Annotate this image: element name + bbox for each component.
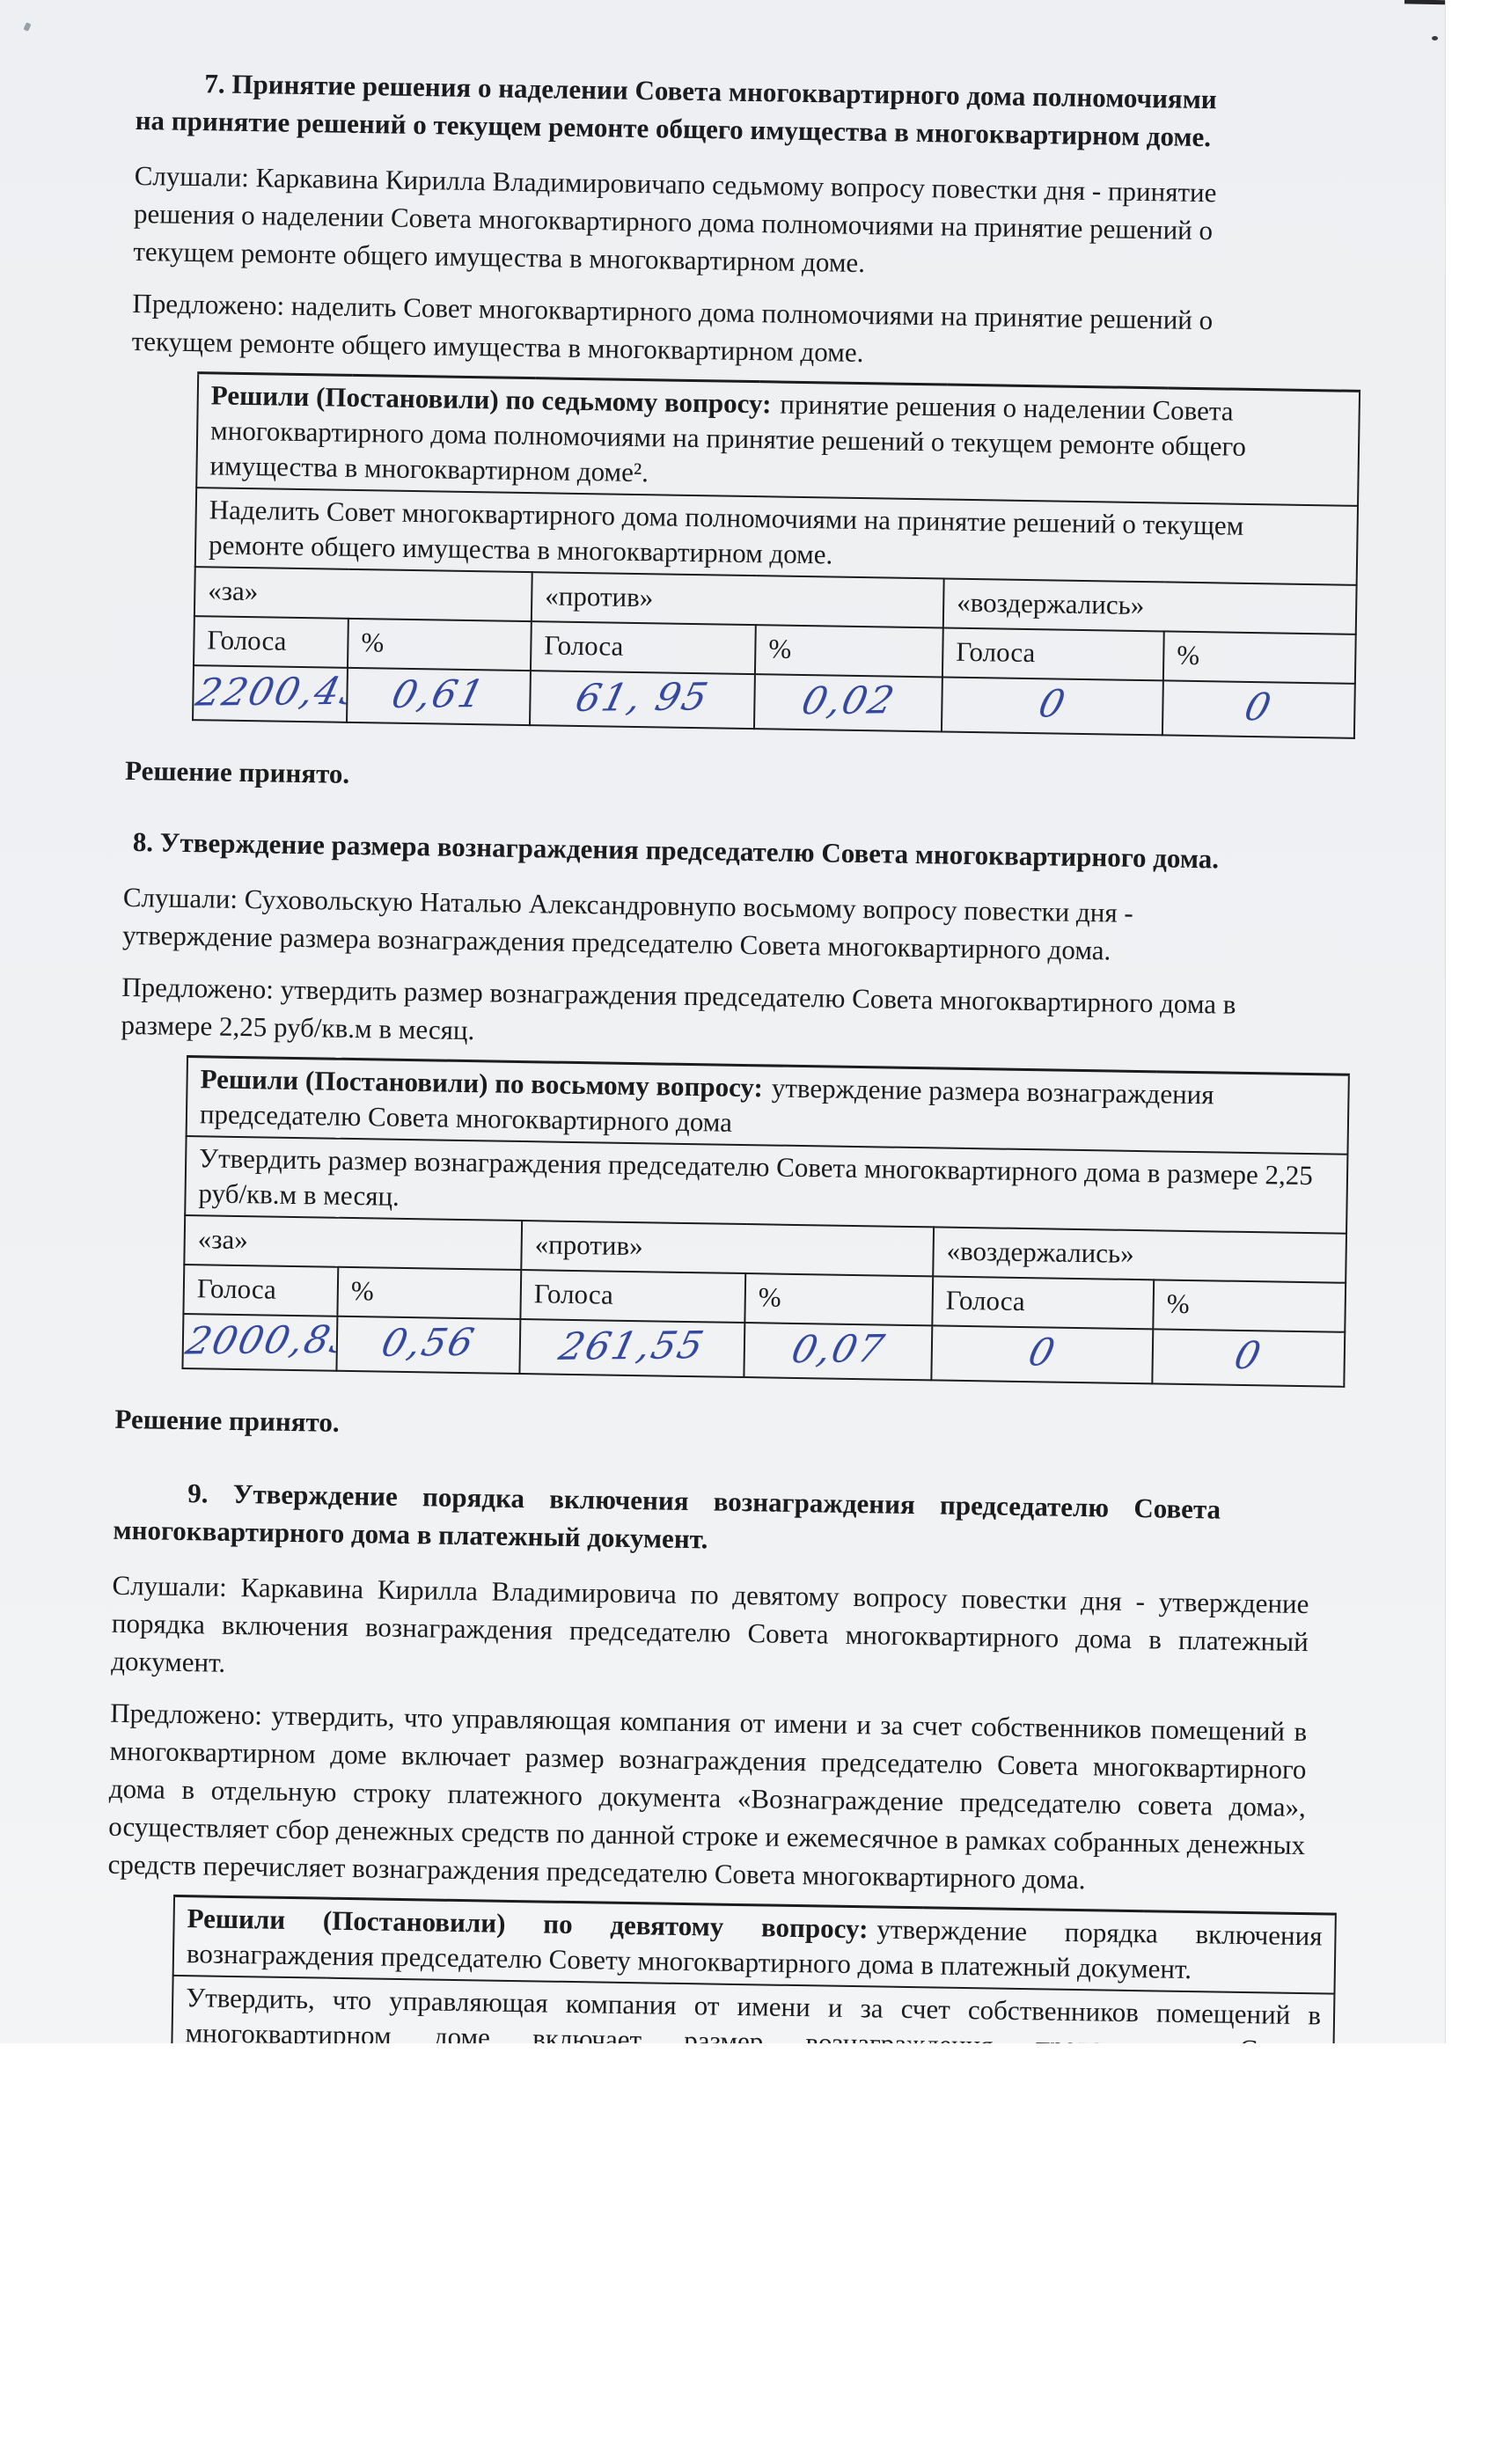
section-8-result: Решение принято.	[114, 1400, 1347, 1457]
section-7-heading: 7. Принятие решения о наделении Совета м…	[135, 63, 1227, 156]
section-8-resolution-table: Решили (Постановили) по восьмому вопросу…	[181, 1055, 1350, 1388]
section-7-listened: Слушали: Каркавина Кирилла Владимировича…	[133, 157, 1289, 289]
section-9-resolution-table: Решили (Постановили) по девятому вопросу…	[171, 1895, 1337, 2043]
percent-abstained-value-cell: 0	[1162, 680, 1355, 737]
handwritten-votes-for: 2000,83	[183, 1323, 338, 1360]
scan-artifact-dot	[1432, 36, 1438, 40]
handwritten-votes-abstained: 0	[1035, 686, 1069, 722]
scan-artifact-tick	[23, 22, 31, 32]
votes-label: Голоса	[520, 1270, 745, 1323]
percent-for-value-cell: 0,61	[347, 668, 531, 725]
percent-label: %	[755, 625, 943, 677]
percent-label: %	[337, 1267, 521, 1319]
section-9-proposed: Предложено: утвердить, что управляющая к…	[107, 1694, 1307, 1902]
votes-against-value-cell: 61, 95	[530, 671, 755, 729]
resolution-summary-cell: Решили (Постановили) по седьмому вопросу…	[196, 373, 1360, 506]
section-7-resolution-table: Решили (Постановили) по седьмому вопросу…	[192, 371, 1360, 739]
vote-header-for: «за»	[194, 567, 532, 621]
percent-label: %	[1163, 631, 1356, 683]
votes-for-value-cell: 2000,83	[182, 1314, 337, 1371]
percent-label: %	[744, 1273, 933, 1325]
scanned-page: 7. Принятие решения о наделении Совета м…	[0, 0, 1446, 2043]
section-8-proposed: Предложено: утвердить размер вознагражде…	[121, 968, 1276, 1062]
handwritten-percent-for: 0,56	[378, 1325, 479, 1361]
handwritten-votes-for: 2200,43	[193, 674, 348, 711]
percent-label: %	[348, 619, 532, 671]
percent-label: %	[1153, 1280, 1346, 1331]
resolution-label: Решили (Постановили) по девятому вопросу…	[187, 1903, 868, 1944]
votes-label: Голоса	[183, 1265, 338, 1316]
votes-label: Голоса	[942, 627, 1164, 680]
handwritten-percent-for: 0,61	[389, 677, 489, 713]
percent-against-value-cell: 0,07	[744, 1323, 932, 1380]
section-8-heading: 8. Утверждение размера вознаграждения пр…	[124, 823, 1243, 878]
handwritten-votes-against: 261,55	[556, 1328, 708, 1365]
vote-header-abstained: «воздержались»	[933, 1227, 1346, 1282]
handwritten-votes-abstained: 0	[1025, 1335, 1060, 1370]
section-9-listened: Слушали: Каркавина Кирилла Владимировича…	[111, 1566, 1309, 1698]
vote-header-against: «против»	[532, 572, 944, 627]
handwritten-percent-abstained: 0	[1231, 1338, 1265, 1374]
vote-header-abstained: «воздержались»	[943, 578, 1357, 634]
resolution-label: Решили (Постановили) по восьмому вопросу…	[200, 1063, 763, 1103]
votes-label: Голоса	[932, 1276, 1154, 1329]
vote-header-against: «против»	[521, 1221, 934, 1276]
votes-abstained-value-cell: 0	[942, 677, 1163, 735]
handwritten-percent-abstained: 0	[1242, 690, 1276, 725]
votes-abstained-value-cell: 0	[931, 1325, 1153, 1383]
votes-against-value-cell: 261,55	[519, 1319, 744, 1377]
percent-for-value-cell: 0,56	[336, 1316, 520, 1374]
vote-header-for: «за»	[184, 1215, 522, 1270]
percent-against-value-cell: 0,02	[754, 674, 942, 731]
votes-label: Голоса	[194, 616, 348, 668]
votes-for-value-cell: 2200,43	[193, 665, 348, 722]
section-7-result: Решение принято.	[125, 752, 1358, 809]
resolution-label: Решили (Постановили) по седьмому вопросу…	[211, 379, 772, 419]
section-7-proposed: Предложено: наделить Совет многоквартирн…	[131, 284, 1287, 378]
scan-artifact-dash	[1404, 0, 1446, 5]
handwritten-votes-against: 61, 95	[572, 679, 712, 715]
resolution-summary-row: Решили (Постановили) по седьмому вопросу…	[196, 373, 1360, 506]
votes-label: Голоса	[531, 621, 756, 674]
handwritten-percent-against: 0,07	[788, 1331, 888, 1368]
handwritten-percent-against: 0,02	[798, 683, 898, 719]
percent-abstained-value-cell: 0	[1152, 1329, 1345, 1386]
section-8-listened: Слушали: Суховольскую Наталью Александро…	[122, 878, 1278, 972]
page-content: 7. Принятие решения о наделении Совета м…	[104, 49, 1368, 2043]
